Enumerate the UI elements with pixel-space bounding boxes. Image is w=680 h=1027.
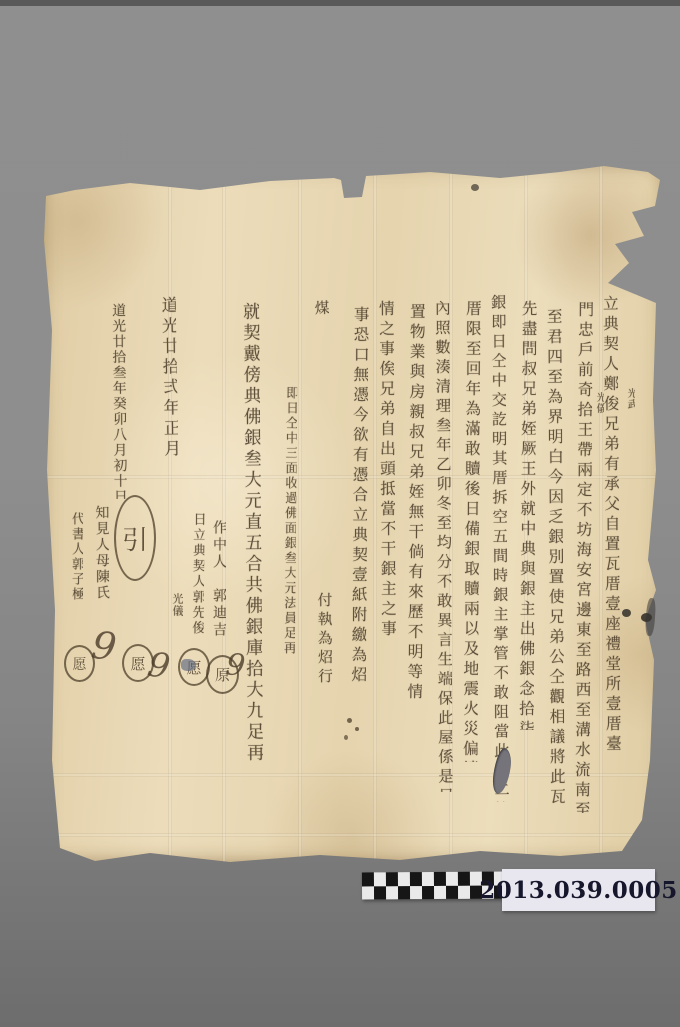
scale-bar-square (410, 872, 422, 886)
paper-stain-spot (181, 659, 196, 671)
fold-crease-vertical (599, 165, 603, 865)
fold-crease-vertical (168, 165, 172, 865)
scale-bar-square (386, 886, 398, 900)
scale-bar-square (434, 872, 446, 886)
backdrop-top-shadow (0, 0, 680, 6)
scale-bar-square (458, 885, 470, 899)
scale-bar-square (410, 886, 422, 900)
fold-crease-horizontal (40, 833, 665, 837)
fold-crease-vertical (222, 165, 226, 865)
photograph-of-deed: 立典契人鄭俊兄弟有承父自置瓦厝壹座禮堂所壹厝臺社下門忠戶前奇拾王帶兩定不坊海安宮… (0, 0, 680, 1027)
paper-stain-spot (355, 727, 359, 731)
scale-bar-square (458, 872, 470, 886)
paper-stain-spot (622, 609, 631, 617)
scale-bar-square (434, 885, 446, 899)
scale-bar-square (446, 872, 458, 886)
scale-bar-square (422, 872, 434, 886)
catalog-number-text: 2013.039.0005 (479, 877, 678, 904)
scale-bar-square (374, 886, 386, 900)
fold-crease-vertical (449, 165, 453, 865)
manuscript-paper (40, 165, 665, 865)
fold-crease-horizontal (40, 773, 665, 777)
scale-bar-square (374, 872, 386, 886)
paper-stain-spot (471, 184, 479, 191)
scale-bar-square (398, 886, 410, 900)
scale-bar-square (422, 886, 434, 900)
scale-bar-square (446, 885, 458, 899)
catalog-number-label: 2013.039.0005 (502, 869, 655, 911)
fold-crease-vertical (298, 165, 302, 865)
scale-bar-square (386, 872, 398, 886)
scale-bar-square (362, 886, 374, 900)
scale-bar-square (398, 872, 410, 886)
fold-crease-horizontal (40, 475, 665, 479)
fold-crease-vertical (373, 165, 377, 865)
paper-stain-spot (347, 718, 352, 723)
scale-bar-square (362, 872, 374, 886)
fold-crease-vertical (524, 165, 528, 865)
paper-stain-spot (344, 735, 348, 740)
